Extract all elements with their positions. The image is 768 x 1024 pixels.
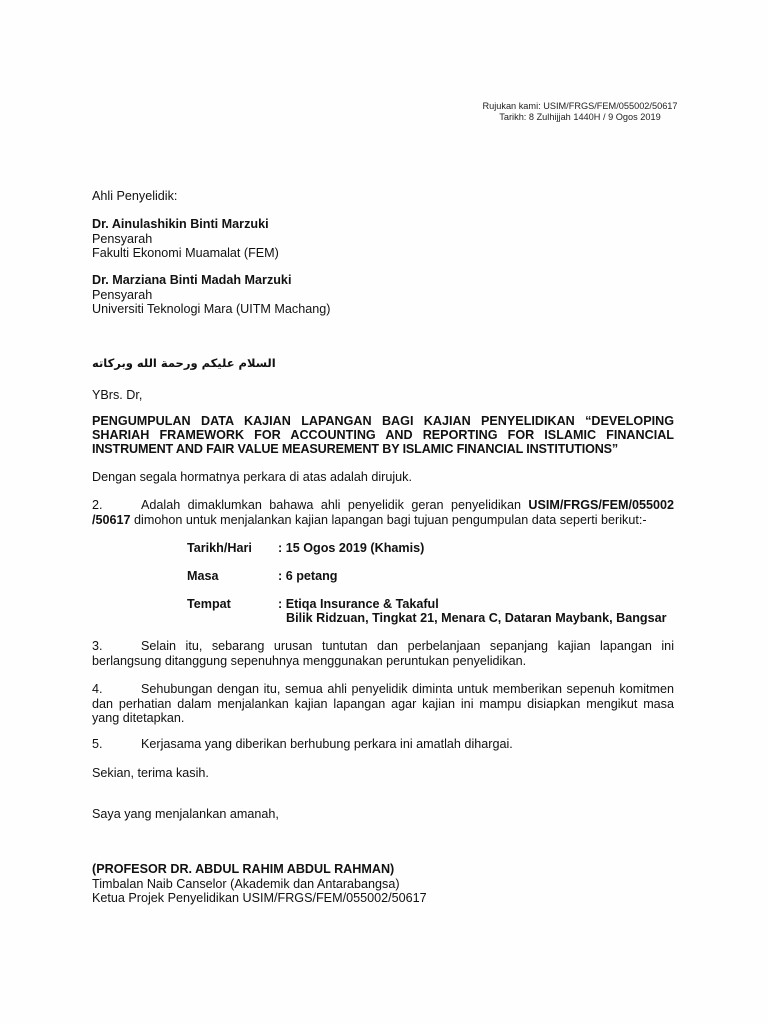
- reference-number: Rujukan kami: USIM/FRGS/FEM/055002/50617: [470, 101, 690, 112]
- detail-label-time: Masa: [187, 569, 277, 584]
- paragraph-4: 4.Sehubungan dengan itu, semua ahli peny…: [92, 682, 674, 726]
- paragraph-text: Kerjasama yang diberikan berhubung perka…: [141, 737, 513, 751]
- subject-line: SHARIAH FRAMEWORK FOR ACCOUNTING AND REP…: [92, 428, 674, 442]
- paragraph-text: berlangsung ditanggung sepenuhnya menggu…: [92, 654, 674, 669]
- detail-value-date: : 15 Ogos 2019 (Khamis): [278, 541, 424, 556]
- paragraph-number: 5.: [92, 737, 141, 752]
- recipient-institution: Fakulti Ekonomi Muamalat (FEM): [92, 246, 279, 261]
- grant-code-suffix: /50617: [92, 513, 131, 527]
- paragraph-text: dimohon untuk menjalankan kajian lapanga…: [131, 513, 647, 527]
- paragraph-text: dan perhatian dalam menjalankan kajian l…: [92, 697, 674, 712]
- signatory-name: (PROFESOR DR. ABDUL RAHIM ABDUL RAHMAN): [92, 862, 427, 877]
- recipient-2: Dr. Marziana Binti Madah Marzuki Pensyar…: [92, 273, 330, 317]
- paragraph-text: Selain itu, sebarang urusan tuntutan dan…: [141, 639, 674, 653]
- recipient-1: Dr. Ainulashikin Binti Marzuki Pensyarah…: [92, 217, 279, 261]
- paragraph-2: 2.Adalah dimaklumkan bahawa ahli penyeli…: [92, 498, 674, 527]
- reference-block: Rujukan kami: USIM/FRGS/FEM/055002/50617…: [470, 101, 690, 123]
- paragraph-text: Sehubungan dengan itu, semua ahli penyel…: [141, 682, 674, 696]
- detail-label-date: Tarikh/Hari: [187, 541, 277, 556]
- subject-line: PENGUMPULAN DATA KAJIAN LAPANGAN BAGI KA…: [92, 414, 674, 428]
- paragraph-3: 3.Selain itu, sebarang urusan tuntutan d…: [92, 639, 674, 668]
- letter-date: Tarikh: 8 Zulhijjah 1440H / 9 Ogos 2019: [470, 112, 690, 123]
- signatory-block: (PROFESOR DR. ABDUL RAHIM ABDUL RAHMAN) …: [92, 862, 427, 906]
- recipient-position: Pensyarah: [92, 232, 279, 247]
- recipients-heading: Ahli Penyelidik:: [92, 189, 177, 204]
- paragraph-number: 4.: [92, 682, 141, 697]
- detail-value-time: : 6 petang: [278, 569, 337, 584]
- paragraph-5: 5.Kerjasama yang diberikan berhubung per…: [92, 737, 513, 752]
- closing-text: Sekian, terima kasih.: [92, 766, 209, 781]
- signatory-title: Ketua Projek Penyelidikan USIM/FRGS/FEM/…: [92, 891, 427, 906]
- recipient-position: Pensyarah: [92, 288, 330, 303]
- signoff-text: Saya yang menjalankan amanah,: [92, 807, 279, 822]
- detail-label-venue: Tempat: [187, 597, 277, 612]
- paragraph-text: Adalah dimaklumkan bahawa ahli penyelidi…: [141, 498, 528, 512]
- signatory-title: Timbalan Naib Canselor (Akademik dan Ant…: [92, 877, 427, 892]
- paragraph-number: 2.: [92, 498, 141, 513]
- recipient-name: Dr. Marziana Binti Madah Marzuki: [92, 273, 330, 288]
- detail-value-venue: : Etiqa Insurance & Takaful: [278, 597, 439, 612]
- subject-line: INSTRUMENT AND FAIR VALUE MEASUREMENT BY…: [92, 442, 674, 456]
- grant-code: USIM/FRGS/FEM/055002: [528, 498, 674, 512]
- recipient-name: Dr. Ainulashikin Binti Marzuki: [92, 217, 279, 232]
- subject-heading: PENGUMPULAN DATA KAJIAN LAPANGAN BAGI KA…: [92, 414, 674, 456]
- detail-value-venue-address: Bilik Ridzuan, Tingkat 21, Menara C, Dat…: [286, 611, 667, 626]
- arabic-greeting: السلام عليكم ورحمة الله وبركاته: [92, 356, 276, 370]
- recipient-institution: Universiti Teknologi Mara (UITM Machang): [92, 302, 330, 317]
- paragraph-number: 3.: [92, 639, 141, 654]
- paragraph-text: yang ditetapkan.: [92, 711, 674, 726]
- intro-paragraph: Dengan segala hormatnya perkara di atas …: [92, 470, 412, 485]
- salutation: YBrs. Dr,: [92, 388, 142, 403]
